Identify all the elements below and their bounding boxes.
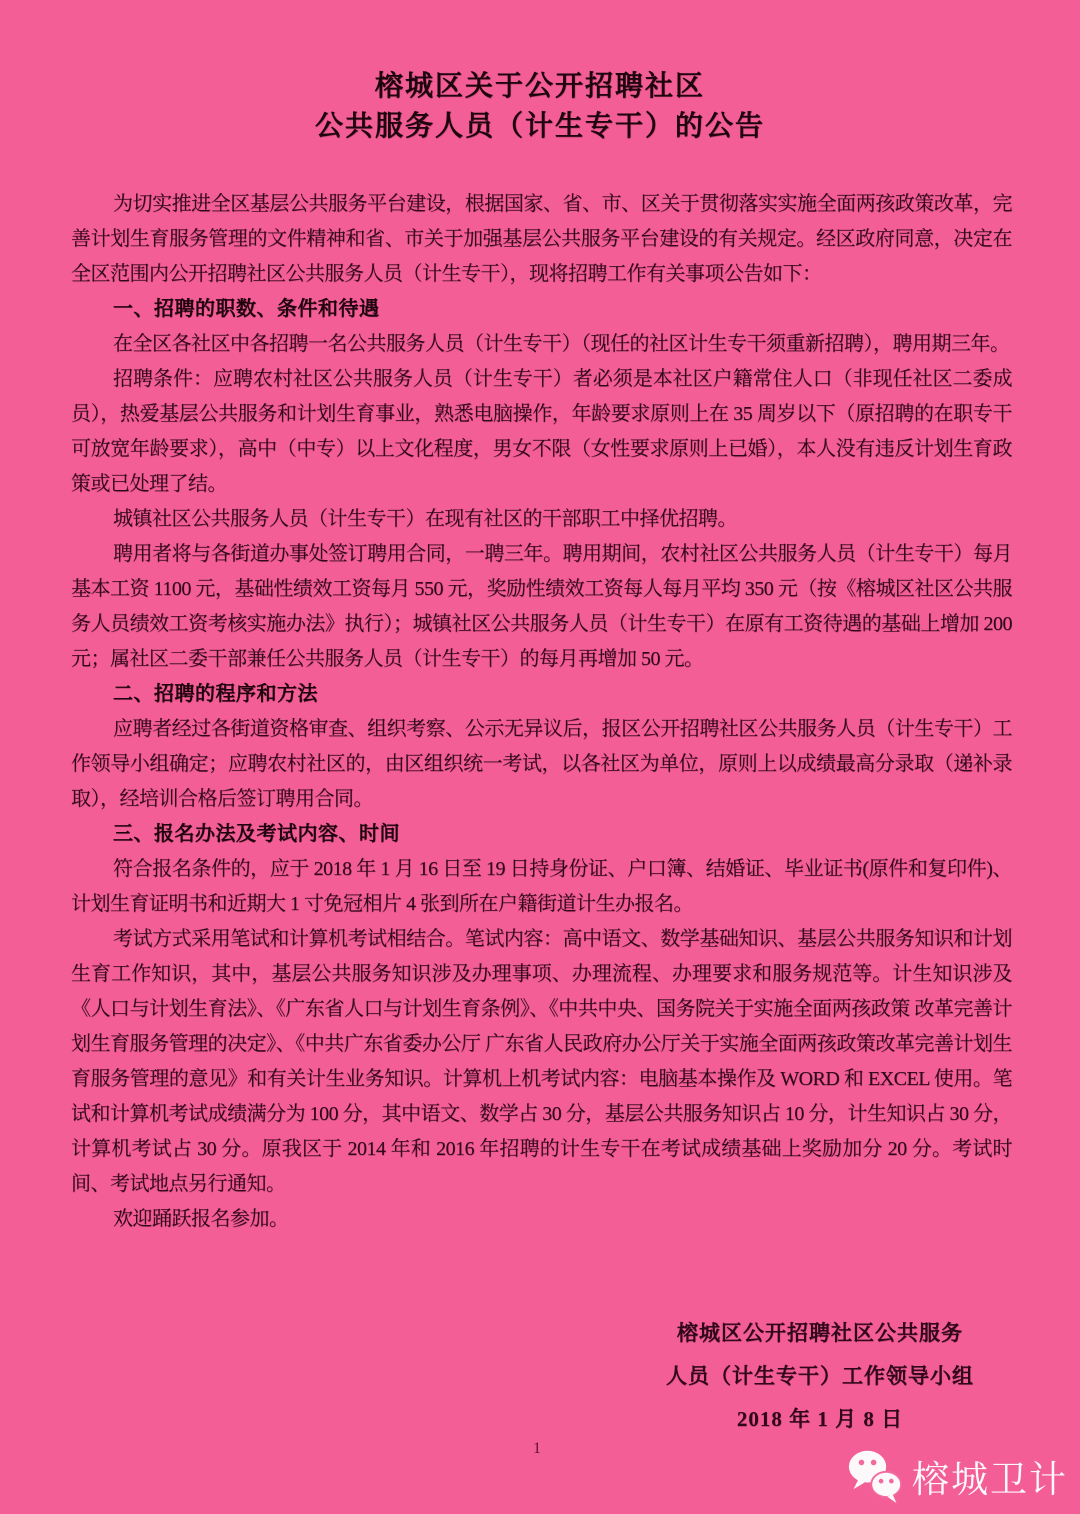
body-paragraph: 招聘条件：应聘农村社区公共服务人员（计生专干）者必须是本社区户籍常住人口（非现任… [71, 362, 1012, 502]
body-paragraph: 符合报名条件的，应于 2018 年 1 月 16 日至 19 日持身份证、户口簿… [71, 852, 1012, 922]
body-paragraph: 城镇社区公共服务人员（计生专干）在现有社区的干部职工中择优招聘。 [71, 502, 1012, 537]
title-line-2: 公共服务人员（计生专干）的公告 [0, 106, 1080, 146]
intro-paragraph: 为切实推进全区基层公共服务平台建设，根据国家、省、市、区关于贯彻落实实施全面两孩… [71, 187, 1012, 292]
page-number: 1 [533, 1440, 541, 1458]
signature-line-2: 人员（计生专干）工作领导小组 [630, 1355, 1010, 1398]
closing-paragraph: 欢迎踊跃报名参加。 [71, 1202, 1012, 1237]
body-paragraph: 考试方式采用笔试和计算机考试相结合。笔试内容：高中语文、数学基础知识、基层公共服… [71, 922, 1012, 1202]
wechat-watermark: 榕城卫计 [847, 1444, 1068, 1508]
signature-date: 2018 年 1 月 8 日 [630, 1398, 1010, 1441]
body-paragraph: 在全区各社区中各招聘一名公共服务人员（计生专干）（现任的社区计生专干须重新招聘）… [71, 327, 1012, 362]
section-heading-2: 二、招聘的程序和方法 [71, 677, 1012, 712]
signature-block: 榕城区公开招聘社区公共服务 人员（计生专干）工作领导小组 2018 年 1 月 … [630, 1312, 1010, 1441]
body-paragraph: 应聘者经过各街道资格审查、组织考察、公示无异议后，报区公开招聘社区公共服务人员（… [71, 712, 1012, 817]
watermark-label: 榕城卫计 [912, 1449, 1068, 1503]
announcement-page: 榕城区关于公开招聘社区 公共服务人员（计生专干）的公告 为切实推进全区基层公共服… [0, 0, 1080, 1514]
page-title: 榕城区关于公开招聘社区 公共服务人员（计生专干）的公告 [0, 66, 1080, 146]
signature-line-1: 榕城区公开招聘社区公共服务 [630, 1312, 1010, 1355]
section-heading-1: 一、招聘的职数、条件和待遇 [71, 292, 1012, 327]
section-heading-3: 三、报名办法及考试内容、时间 [71, 817, 1012, 852]
document-body: 为切实推进全区基层公共服务平台建设，根据国家、省、市、区关于贯彻落实实施全面两孩… [71, 187, 1012, 1237]
body-paragraph: 聘用者将与各街道办事处签订聘用合同，一聘三年。聘用期间，农村社区公共服务人员（计… [71, 537, 1012, 677]
title-line-1: 榕城区关于公开招聘社区 [0, 66, 1080, 106]
wechat-icon [847, 1447, 903, 1505]
